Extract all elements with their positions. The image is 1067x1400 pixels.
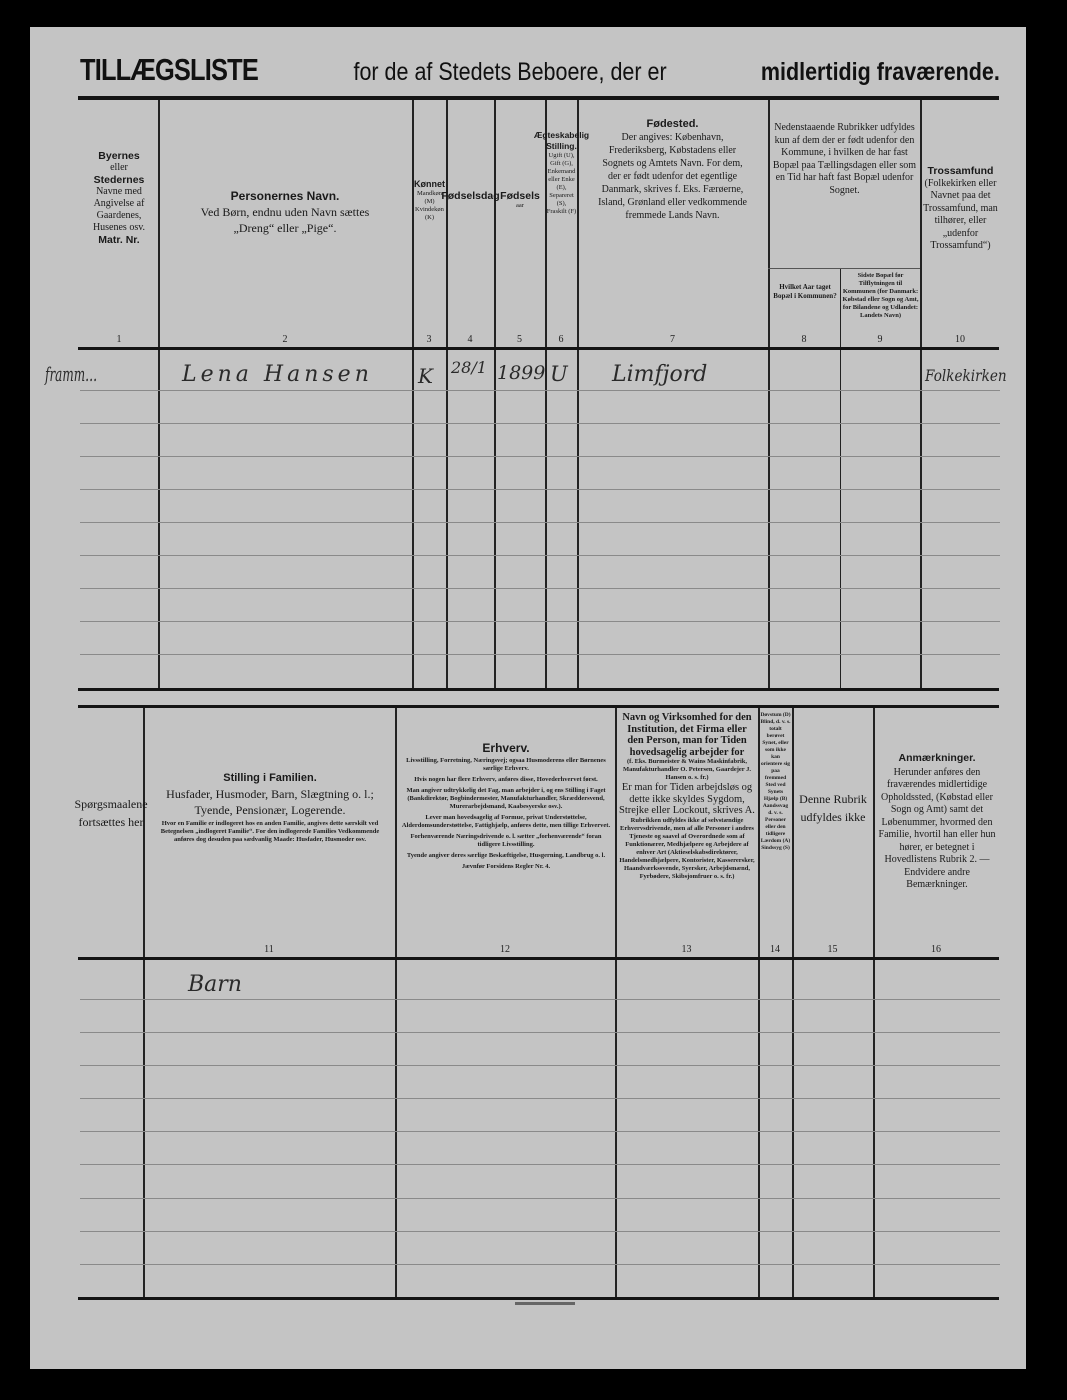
col-number: 7 [577,334,768,345]
col-number: 3 [412,334,446,345]
header-col-9: Sidste Bopæl før Tilflytningen til Kommu… [842,272,919,320]
col-number: 10 [920,334,1000,345]
col-number: 16 [873,944,999,955]
upper-table-bottom-rule [78,688,999,691]
entry-place: framm… [45,362,97,386]
row-line [80,1198,1000,1199]
col-divider [792,708,794,1298]
header-col-14: Døvstum (D) Blind, d. v. s. totalt berøv… [760,712,791,852]
entry-marital-status: U [550,362,568,386]
lower-header-bottom-rule [78,957,999,960]
side-label: Spørgsmaalene fortsættes her [80,795,142,831]
col-divider [615,708,617,1298]
row-line [80,555,1000,556]
header-col-16: Anmærkninger. Herunder anføres den fravæ… [877,752,997,892]
row-line [80,654,1000,655]
title-rule [78,96,999,100]
col-number: 14 [758,944,792,955]
entry-name: Lena Hansen [182,362,373,387]
col-divider [446,100,448,690]
header-col-6: Ægteskabelig Stilling. Ugift (U), Gift (… [546,130,577,216]
row-line [80,1131,1000,1132]
row-line [80,1231,1000,1232]
col-number: 1 [80,334,158,345]
row-line [80,522,1000,523]
title-main: TILLÆGSLISTE [80,52,258,88]
col-divider [395,708,397,1298]
row-line [80,390,1000,391]
printer-imprint [515,1302,575,1305]
entry-sex: K [418,364,433,388]
row-line [80,1098,1000,1099]
header-col-11: Stilling i Familien. Husfader, Husmoder,… [160,770,380,844]
header-bottom-rule [78,347,999,350]
row-line [80,423,1000,424]
col-divider [768,100,770,690]
header-col-4: Fødselsdag [447,190,494,202]
row-line [80,1065,1000,1066]
col-number: 8 [768,334,840,345]
col-number: 12 [395,944,615,955]
col-number: 5 [494,334,545,345]
row-line [80,456,1000,457]
row-line [80,588,1000,589]
col-divider [494,100,496,690]
entry-birthday: 28/1 [451,358,487,377]
lower-table-top-rule [78,705,999,708]
col-divider [158,100,160,690]
entry-birth-year: 1899 [497,362,545,384]
row-line [80,489,1000,490]
col-number: 9 [840,334,920,345]
title-middle: for de af Stedets Beboere, der er [353,58,666,87]
header-col-10: Trossamfund (Folkekirken eller Navnet pa… [923,165,998,253]
col-number: 15 [792,944,873,955]
entry-birthplace: Limfjord [612,362,707,387]
title-end: midlertidig fraværende. [761,58,1000,87]
row-line [80,621,1000,622]
col-number: 13 [615,944,758,955]
header-col-7: Fødested. Der angives: København, Freder… [595,118,750,222]
header-col-1: Byernes eller Stedernes Navne med Angive… [80,150,158,246]
entry-family-position: Barn [188,972,242,997]
col-divider [577,100,579,690]
col-number: 4 [446,334,494,345]
header-col-8: Hvilket Aar taget Bopæl i Kommunen? [772,283,838,300]
header-col-13: Navn og Virksomhed for den Institution, … [619,712,755,881]
header-col-12: Erhverv. Livsstilling, Forretning, Nærin… [400,742,612,871]
entry-religion: Folkekirken [925,366,1007,385]
row-line [80,1032,1000,1033]
header-col-5: Fødsels aar [495,190,545,210]
col-number: 2 [158,334,412,345]
row-line [80,1264,1000,1265]
col-number: 11 [143,944,395,955]
col-divider [920,100,922,690]
form-title: TILLÆGSLISTE for de af Stedets Beboere, … [80,52,1000,92]
col-divider [840,268,841,690]
header-col-2: Personernes Navn. Ved Børn, endnu uden N… [180,188,390,236]
lower-table-bottom-rule [78,1297,999,1300]
subheader-rule [768,268,920,269]
col-divider [873,708,875,1298]
header-group-8-9: Nedenstaaende Rubrikker udfyldes kun af … [772,122,917,197]
col-number: 6 [545,334,577,345]
row-line [80,1164,1000,1165]
row-line [80,999,1000,1000]
header-col-15: Denne Rubrik udfyldes ikke [795,790,871,826]
